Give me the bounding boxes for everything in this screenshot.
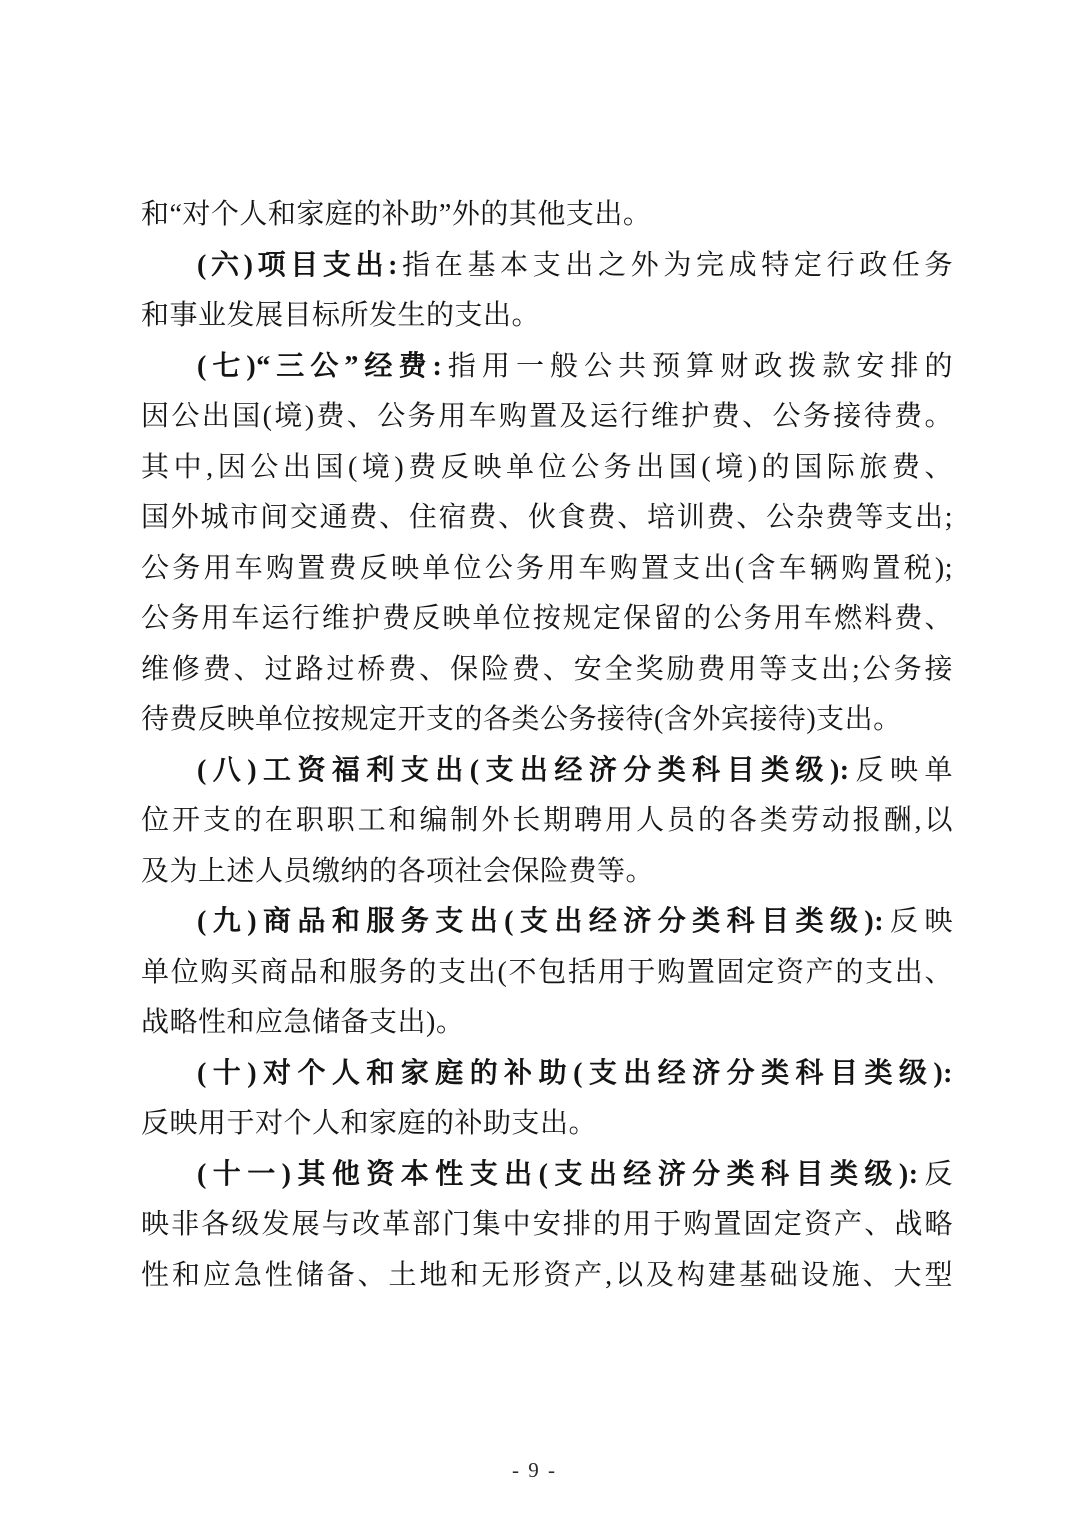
doc-line: 公务用车购置费反映单位公务用车购置支出(含车辆购置税); — [141, 544, 953, 595]
doc-line: 维修费、过路过桥费、保险费、安全奖励费用等支出;公务接 — [141, 645, 953, 696]
doc-line: 国外城市间交通费、住宿费、伙食费、培训费、公杂费等支出; — [141, 493, 953, 544]
doc-line: 公务用车运行维护费反映单位按规定保留的公务用车燃料费、 — [141, 594, 953, 645]
line-text: 反映 — [884, 906, 953, 937]
doc-line: 因公出国(境)费、公务用车购置及运行维护费、公务接待费。 — [141, 392, 953, 443]
line-text: 反 — [919, 1159, 953, 1190]
line-text: 单位购买商品和服务的支出(不包括用于购置固定资产的支出、 — [141, 957, 953, 988]
paragraph-heading: (十一)其他资本性支出(支出经济分类科目类级): — [197, 1159, 919, 1190]
line-text: 因公出国(境)费、公务用车购置及运行维护费、公务接待费。 — [141, 401, 953, 432]
paragraph-heading: (六)项目支出: — [197, 250, 398, 281]
line-text: 公务用车运行维护费反映单位按规定保留的公务用车燃料费、 — [141, 603, 953, 634]
line-text: 位开支的在职职工和编制外长期聘用人员的各类劳动报酬,以 — [141, 805, 953, 836]
line-text: 指用一般公共预算财政拨款安排的 — [442, 351, 953, 382]
doc-line: 战略性和应急储备支出)。 — [141, 998, 953, 1049]
line-text: 性和应急性储备、土地和无形资产,以及构建基础设施、大型 — [141, 1260, 953, 1291]
line-text: 维修费、过路过桥费、保险费、安全奖励费用等支出;公务接 — [141, 654, 953, 685]
line-text: 和事业发展目标所发生的支出。 — [141, 300, 540, 331]
doc-line: (六)项目支出:指在基本支出之外为完成特定行政任务 — [141, 241, 953, 292]
doc-line: (十一)其他资本性支出(支出经济分类科目类级):反 — [141, 1150, 953, 1201]
doc-line: 待费反映单位按规定开支的各类公务接待(含外宾接待)支出。 — [141, 695, 953, 746]
line-text: 指在基本支出之外为完成特定行政任务 — [398, 250, 953, 281]
doc-line: 和事业发展目标所发生的支出。 — [141, 291, 953, 342]
doc-line: 单位购买商品和服务的支出(不包括用于购置固定资产的支出、 — [141, 948, 953, 999]
line-text: 其中,因公出国(境)费反映单位公务出国(境)的国际旅费、 — [141, 452, 953, 483]
line-text: 国外城市间交通费、住宿费、伙食费、培训费、公杂费等支出; — [141, 502, 953, 533]
paragraph-heading: (七)“三公”经费: — [197, 351, 442, 382]
doc-line: 位开支的在职职工和编制外长期聘用人员的各类劳动报酬,以 — [141, 796, 953, 847]
doc-line: 其中,因公出国(境)费反映单位公务出国(境)的国际旅费、 — [141, 443, 953, 494]
document-page: 和“对个人和家庭的补助”外的其他支出。 (六)项目支出:指在基本支出之外为完成特… — [0, 0, 1069, 1515]
doc-line: (八)工资福利支出(支出经济分类科目类级):反映单 — [141, 746, 953, 797]
paragraph-heading: (九)商品和服务支出(支出经济分类科目类级): — [197, 906, 884, 937]
line-text: 公务用车购置费反映单位公务用车购置支出(含车辆购置税); — [141, 553, 953, 584]
line-text: 及为上述人员缴纳的各项社会保险费等。 — [141, 856, 654, 887]
line-text: 映非各级发展与改革部门集中安排的用于购置固定资产、战略 — [141, 1209, 953, 1240]
line-text: 和“对个人和家庭的补助”外的其他支出。 — [141, 199, 651, 230]
line-text: 反映单 — [850, 755, 953, 786]
paragraph-heading: (十)对个人和家庭的补助(支出经济分类科目类级): — [197, 1058, 953, 1089]
paragraph-heading: (八)工资福利支出(支出经济分类科目类级): — [197, 755, 850, 786]
document-text-block: 和“对个人和家庭的补助”外的其他支出。 (六)项目支出:指在基本支出之外为完成特… — [141, 190, 953, 1301]
page-number: - 9 - — [0, 1458, 1069, 1483]
doc-line: 及为上述人员缴纳的各项社会保险费等。 — [141, 847, 953, 898]
line-text: 待费反映单位按规定开支的各类公务接待(含外宾接待)支出。 — [141, 704, 902, 735]
line-text: 反映用于对个人和家庭的补助支出。 — [141, 1108, 597, 1139]
doc-line: 反映用于对个人和家庭的补助支出。 — [141, 1099, 953, 1150]
line-text: 战略性和应急储备支出)。 — [141, 1007, 464, 1038]
doc-line: (七)“三公”经费:指用一般公共预算财政拨款安排的 — [141, 342, 953, 393]
doc-line: 性和应急性储备、土地和无形资产,以及构建基础设施、大型 — [141, 1251, 953, 1302]
doc-line: (九)商品和服务支出(支出经济分类科目类级):反映 — [141, 897, 953, 948]
doc-line: 和“对个人和家庭的补助”外的其他支出。 — [141, 190, 953, 241]
doc-line: 映非各级发展与改革部门集中安排的用于购置固定资产、战略 — [141, 1200, 953, 1251]
doc-line: (十)对个人和家庭的补助(支出经济分类科目类级): — [141, 1049, 953, 1100]
